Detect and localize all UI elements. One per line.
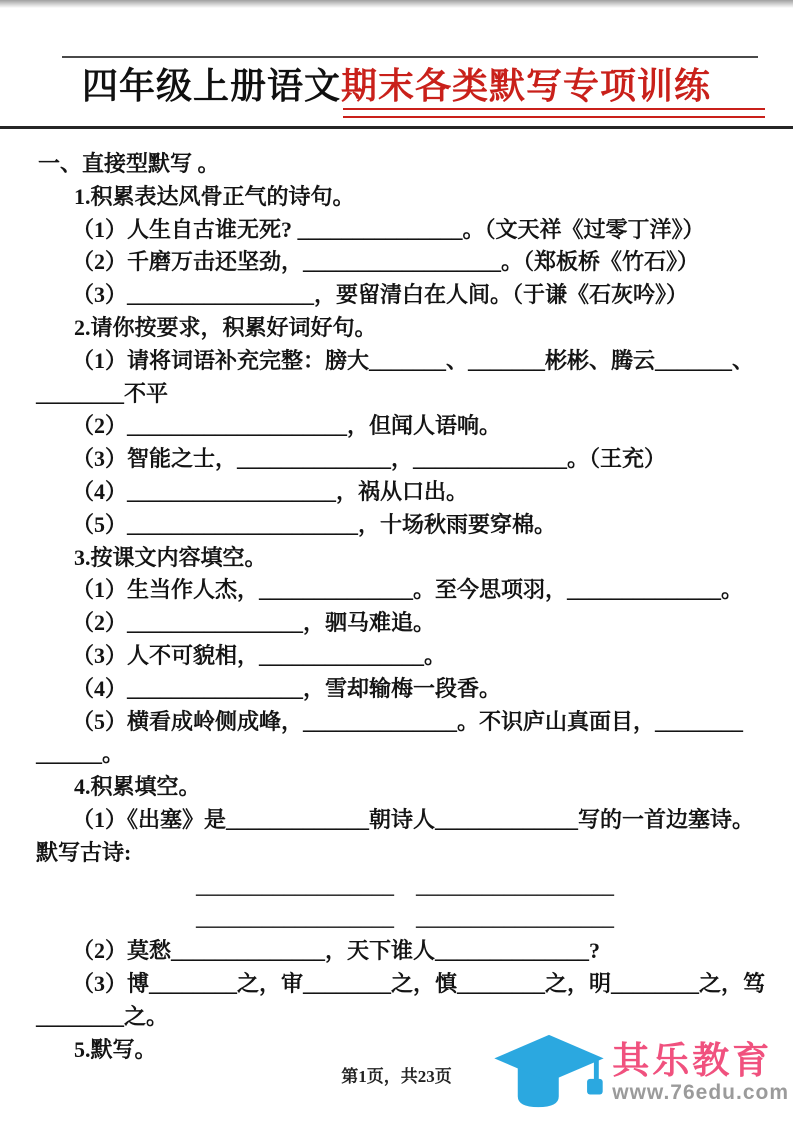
- question-line: （3）智能之士，______________，______________。（王…: [0, 443, 793, 476]
- brand-logo: 其乐教育 www.76edu.com: [490, 1032, 789, 1114]
- graduation-cap-icon: [490, 1032, 608, 1114]
- question-line: ________之。: [0, 1001, 793, 1034]
- question-line: （2）千磨万击还坚劲，__________________。（郑板桥《竹石》）: [0, 246, 793, 279]
- question-line: （5）_____________________，十场秋雨要穿棉。: [0, 509, 793, 542]
- question-line: 3.按课文内容填空。: [0, 542, 793, 575]
- page-header: 四年级上册语文期末各类默写专项训练: [0, 0, 793, 130]
- question-line: （1）生当作人杰，______________。至今思项羽，__________…: [0, 574, 793, 607]
- header-bottom-rule: [0, 126, 793, 129]
- question-line: （3）人不可貌相，_______________。: [0, 640, 793, 673]
- question-line: （3）博________之，审________之，慎________之，明___…: [0, 968, 793, 1001]
- question-line: （3）_________________，要留清白在人间。（于谦《石灰吟》）: [0, 279, 793, 312]
- page-title-red: 期末各类默写专项训练: [341, 58, 711, 109]
- question-line: ______。: [0, 738, 793, 771]
- question-line: 2.请你按要求，积累好词好句。: [0, 312, 793, 345]
- brand-logo-text: 其乐教育 www.76edu.com: [612, 1042, 789, 1104]
- question-line: 默写古诗:: [0, 837, 793, 870]
- question-line: 一、直接型默写 。: [0, 148, 793, 181]
- page-title-black: 四年级上册语文: [82, 66, 341, 106]
- worksheet-page: 四年级上册语文期末各类默写专项训练 一、直接型默写 。1.积累表达风骨正气的诗句…: [0, 0, 793, 1066]
- question-line: ________不平: [0, 378, 793, 411]
- question-line: （2）莫愁______________，天下谁人______________?: [0, 935, 793, 968]
- question-line: （5）横看成岭侧成峰，______________。不识庐山真面目，______…: [0, 706, 793, 739]
- question-line: （2）____________________，但闻人语响。: [0, 410, 793, 443]
- question-line: __________________ __________________: [0, 870, 793, 903]
- question-line: （4）________________，雪却输梅一段香。: [0, 673, 793, 706]
- question-line: （1）请将词语补充完整：膀大_______、_______彬彬、腾云______…: [0, 345, 793, 378]
- question-line: （2）________________，驷马难追。: [0, 607, 793, 640]
- brand-name: 其乐教育: [612, 1042, 789, 1081]
- question-line: （1）《出塞》是_____________朝诗人_____________写的一…: [0, 804, 793, 837]
- question-line: 1.积累表达风骨正气的诗句。: [0, 181, 793, 214]
- worksheet-body: 一、直接型默写 。1.积累表达风骨正气的诗句。（1）人生自古谁无死? _____…: [0, 130, 793, 1066]
- page-title: 四年级上册语文期末各类默写专项训练: [0, 58, 793, 109]
- question-line: （1）人生自古谁无死? _______________。（文天祥《过零丁洋》）: [0, 214, 793, 247]
- question-line: （4）___________________，祸从口出。: [0, 476, 793, 509]
- brand-website: www.76edu.com: [612, 1081, 789, 1104]
- question-line: 4.积累填空。: [0, 771, 793, 804]
- question-line: __________________ __________________: [0, 902, 793, 935]
